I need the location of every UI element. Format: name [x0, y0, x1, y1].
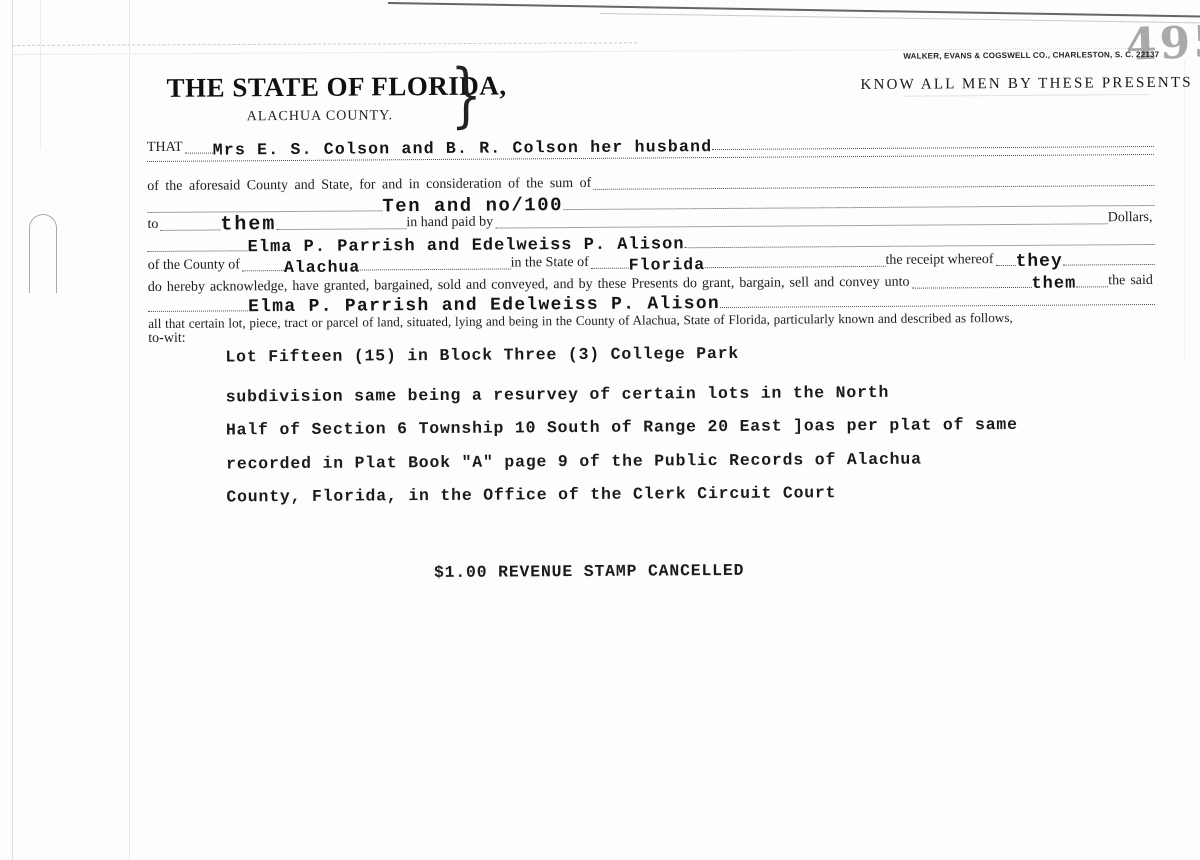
- dotted-line: [276, 228, 406, 230]
- state-of-label: in the State of: [511, 256, 589, 271]
- dotted-line: [591, 268, 629, 269]
- county-heading: ALACHUA COUNTY.: [247, 108, 393, 125]
- dollars-label: Dollars,: [1108, 211, 1153, 225]
- dotted-line: [147, 154, 1154, 162]
- to-label: to: [147, 218, 158, 232]
- deed-form: WALKER, EVANS & COGSWELL CO., CHARLESTON…: [0, 0, 1200, 860]
- printer-mark: WALKER, EVANS & COGSWELL CO., CHARLESTON…: [903, 50, 1159, 61]
- in-hand-label: in hand paid by: [406, 216, 493, 231]
- to-wit-label: to-wit:: [148, 332, 185, 346]
- description-line: Half of Section 6 Township 10 South of R…: [226, 415, 1018, 440]
- county-of-label: of the County of: [148, 258, 240, 273]
- description-line: recorded in Plat Book "A" page 9 of the …: [226, 450, 922, 474]
- dotted-line: [360, 268, 510, 270]
- dotted-line: [242, 270, 284, 271]
- description-line: subdivision same being a resurvey of cer…: [226, 383, 890, 407]
- dotted-line: [996, 265, 1016, 266]
- dotted-line: [160, 229, 220, 230]
- description-line: Lot Fifteen (15) in Block Three (3) Coll…: [225, 344, 739, 367]
- dotted-line: [705, 266, 885, 268]
- proclamation-heading: KNOW ALL MEN BY THESE PRESENTS: [860, 75, 1192, 94]
- dotted-line: [1063, 264, 1155, 266]
- revenue-stamp-note: $1.00 REVENUE STAMP CANCELLED: [434, 561, 744, 582]
- description-line: County, Florida, in the Office of the Cl…: [226, 483, 836, 506]
- brace-glyph: }: [450, 60, 482, 130]
- scanned-deed-page: 495 WALKER, EVANS & COGSWELL CO., CHARLE…: [0, 0, 1200, 860]
- scan-artifact-underline: [904, 94, 1149, 97]
- receipt-label: the receipt whereof: [885, 253, 993, 268]
